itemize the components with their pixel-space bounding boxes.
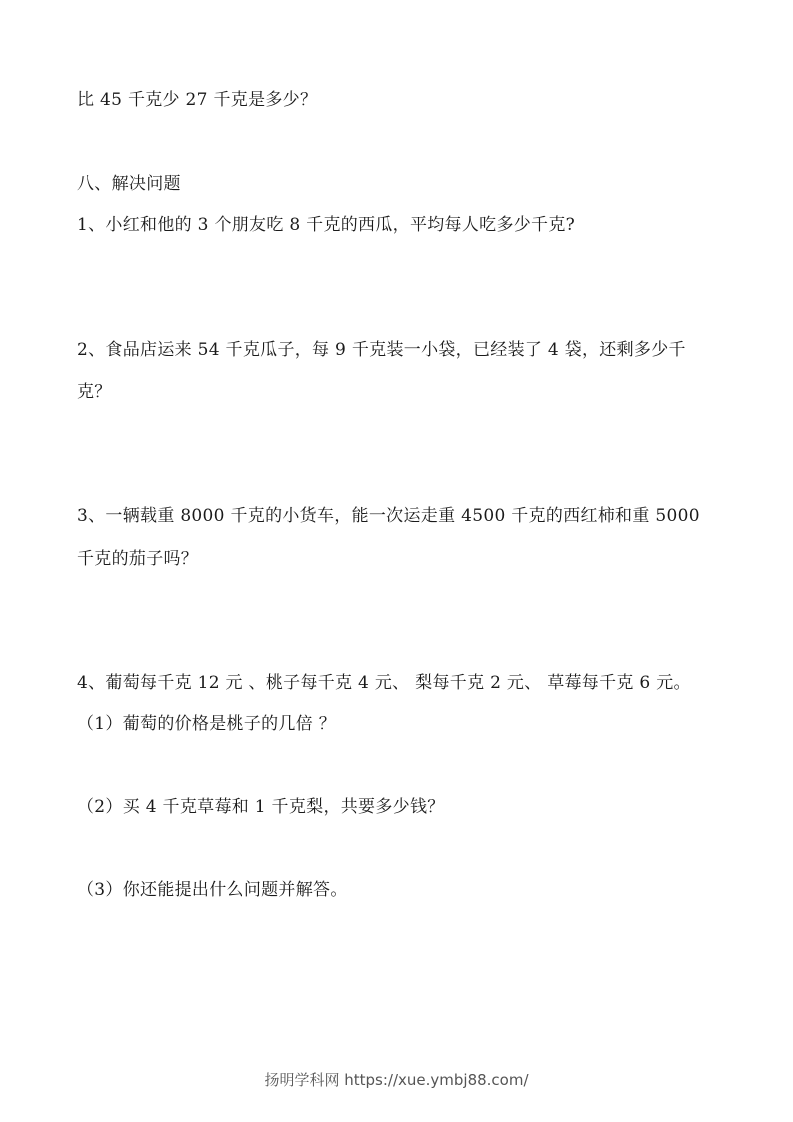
question-4: 4、葡萄每千克 12 元 、桃子每千克 4 元、 梨每千克 2 元、 草莓每千克… <box>77 672 691 694</box>
question-3-line-1: 3、一辆载重 8000 千克的小货车，能一次运走重 4500 千克的西红柿和重 … <box>77 505 700 527</box>
previous-question: 比 45 千克少 27 千克是多少？ <box>77 89 317 111</box>
question-3-line-2: 千克的茄子吗？ <box>77 548 198 570</box>
section-title: 八、解决问题 <box>77 173 181 195</box>
question-2-line-2: 克？ <box>77 381 112 403</box>
question-1: 1、小红和他的 3 个朋友吃 8 千克的西瓜，平均每人吃多少千克? <box>77 214 575 236</box>
footer-watermark: 扬明学科网 https://xue.ymbj88.com/ <box>0 1069 793 1090</box>
question-4-part-1: （1）葡萄的价格是桃子的几倍 ？ <box>77 713 336 735</box>
question-2-line-1: 2、食品店运来 54 千克瓜子，每 9 千克装一小袋，已经装了 4 袋，还剩多少… <box>77 339 686 361</box>
question-4-part-3: （3）你还能提出什么问题并解答。 <box>77 879 348 901</box>
question-4-part-2: （2）买 4 千克草莓和 1 千克梨，共要多少钱？ <box>77 796 445 818</box>
